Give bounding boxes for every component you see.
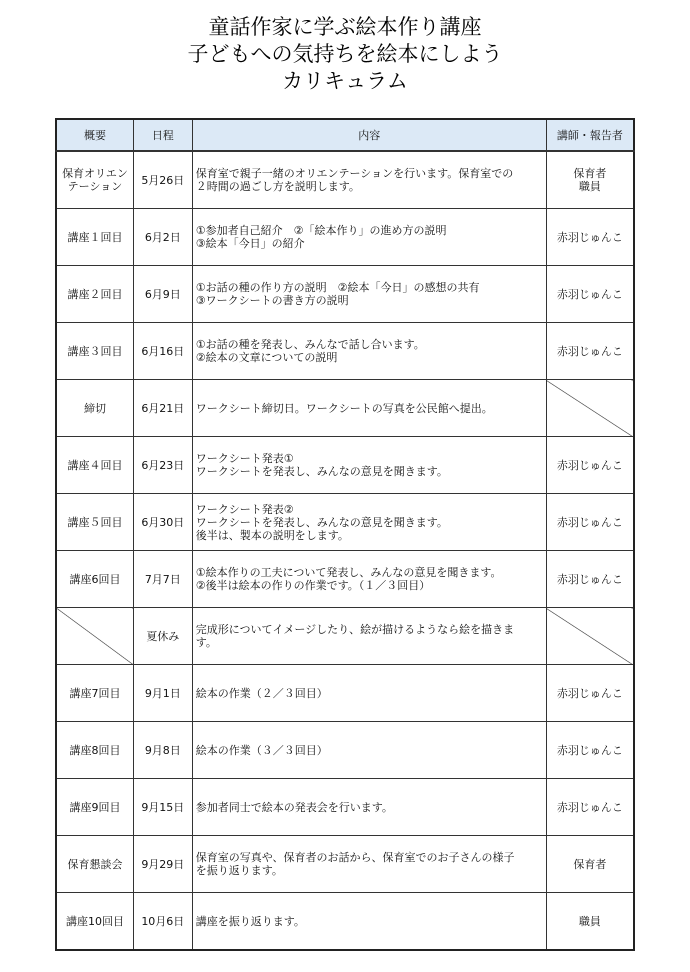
cell-content: ワークシート発表① ワークシートを発表し、みんなの意見を聞きます。 — [192, 437, 546, 494]
curriculum-table: 概要 日程 内容 講師・報告者 保育オリエン テーション 5月26日 保育室で親… — [55, 118, 635, 951]
cell-date: 6月23日 — [133, 437, 192, 494]
cell-summary: 締切 — [56, 380, 133, 437]
cell-date: 6月21日 — [133, 380, 192, 437]
cell-summary: 講座５回目 — [56, 494, 133, 551]
cell-date: 夏休み — [133, 608, 192, 665]
cell-date: 9月29日 — [133, 836, 192, 893]
table-row: 講座9回目 9月15日 参加者同士で絵本の発表会を行います。 赤羽じゅんこ — [56, 779, 634, 836]
cell-instructor: 赤羽じゅんこ — [546, 437, 634, 494]
table-row: 講座３回目 6月16日 ①お話の種を発表し、みんなで話し合います。 ②絵本の文章… — [56, 323, 634, 380]
cell-content: 講座を振り返ります。 — [192, 893, 546, 951]
cell-instructor: 保育者 職員 — [546, 151, 634, 209]
cell-date: 6月2日 — [133, 209, 192, 266]
header-date: 日程 — [133, 119, 192, 151]
header-summary: 概要 — [56, 119, 133, 151]
cell-date: 7月7日 — [133, 551, 192, 608]
title-line-1: 童話作家に学ぶ絵本作り講座 — [0, 14, 690, 41]
cell-instructor: 赤羽じゅんこ — [546, 209, 634, 266]
table-row: 講座５回目 6月30日 ワークシート発表② ワークシートを発表し、みんなの意見を… — [56, 494, 634, 551]
cell-instructor: 赤羽じゅんこ — [546, 266, 634, 323]
table-row: 講座２回目 6月9日 ①お話の種の作り方の説明 ②絵本「今日」の感想の共有 ③ワ… — [56, 266, 634, 323]
cell-instructor: 赤羽じゅんこ — [546, 494, 634, 551]
cell-date: 6月16日 — [133, 323, 192, 380]
cell-summary-empty-slash — [56, 608, 133, 665]
cell-summary: 講座6回目 — [56, 551, 133, 608]
cell-content: ①参加者自己紹介 ②「絵本作り」の進め方の説明 ③絵本「今日」の紹介 — [192, 209, 546, 266]
cell-content: ワークシート締切日。ワークシートの写真を公民館へ提出。 — [192, 380, 546, 437]
cell-summary: 講座7回目 — [56, 665, 133, 722]
table-row: 夏休み 完成形についてイメージしたり、絵が描けるようなら絵を描きま す。 — [56, 608, 634, 665]
cell-content: ワークシート発表② ワークシートを発表し、みんなの意見を聞きます。 後半は、製本… — [192, 494, 546, 551]
cell-summary: 講座４回目 — [56, 437, 133, 494]
table-row: 講座6回目 7月7日 ①絵本作りの工夫について発表し、みんなの意見を聞きます。 … — [56, 551, 634, 608]
document-title: 童話作家に学ぶ絵本作り講座 子どもへの気持ちを絵本にしよう カリキュラム — [0, 14, 690, 95]
table-row: 講座8回目 9月8日 絵本の作業（３／３回目） 赤羽じゅんこ — [56, 722, 634, 779]
cell-date: 9月1日 — [133, 665, 192, 722]
cell-instructor-empty-slash — [546, 608, 634, 665]
title-line-2: 子どもへの気持ちを絵本にしよう — [0, 41, 690, 68]
cell-content: 絵本の作業（２／３回目） — [192, 665, 546, 722]
table-row: 講座7回目 9月1日 絵本の作業（２／３回目） 赤羽じゅんこ — [56, 665, 634, 722]
cell-content: ①お話の種の作り方の説明 ②絵本「今日」の感想の共有 ③ワークシートの書き方の説… — [192, 266, 546, 323]
table-row: 講座１回目 6月2日 ①参加者自己紹介 ②「絵本作り」の進め方の説明 ③絵本「今… — [56, 209, 634, 266]
cell-instructor: 赤羽じゅんこ — [546, 551, 634, 608]
cell-instructor: 赤羽じゅんこ — [546, 665, 634, 722]
table-row: 講座10回目 10月6日 講座を振り返ります。 職員 — [56, 893, 634, 951]
header-row: 概要 日程 内容 講師・報告者 — [56, 119, 634, 151]
header-content: 内容 — [192, 119, 546, 151]
cell-content: 参加者同士で絵本の発表会を行います。 — [192, 779, 546, 836]
table-row: 講座４回目 6月23日 ワークシート発表① ワークシートを発表し、みんなの意見を… — [56, 437, 634, 494]
cell-instructor: 職員 — [546, 893, 634, 951]
cell-content: 完成形についてイメージしたり、絵が描けるようなら絵を描きま す。 — [192, 608, 546, 665]
cell-content: 絵本の作業（３／３回目） — [192, 722, 546, 779]
cell-summary: 保育オリエン テーション — [56, 151, 133, 209]
cell-content: 保育室で親子一緒のオリエンテーションを行います。保育室での ２時間の過ごし方を説… — [192, 151, 546, 209]
table-row: 締切 6月21日 ワークシート締切日。ワークシートの写真を公民館へ提出。 — [56, 380, 634, 437]
cell-summary: 講座２回目 — [56, 266, 133, 323]
cell-content: 保育室の写真や、保育者のお話から、保育室でのお子さんの様子 を振り返ります。 — [192, 836, 546, 893]
cell-instructor: 赤羽じゅんこ — [546, 722, 634, 779]
cell-summary: 講座３回目 — [56, 323, 133, 380]
cell-instructor: 赤羽じゅんこ — [546, 779, 634, 836]
cell-date: 9月15日 — [133, 779, 192, 836]
cell-summary: 講座9回目 — [56, 779, 133, 836]
cell-date: 6月30日 — [133, 494, 192, 551]
cell-date: 6月9日 — [133, 266, 192, 323]
cell-date: 5月26日 — [133, 151, 192, 209]
cell-instructor-empty-slash — [546, 380, 634, 437]
cell-date: 9月8日 — [133, 722, 192, 779]
title-line-3: カリキュラム — [0, 68, 690, 95]
table-row: 保育オリエン テーション 5月26日 保育室で親子一緒のオリエンテーションを行い… — [56, 151, 634, 209]
cell-summary: 講座8回目 — [56, 722, 133, 779]
cell-content: ①絵本作りの工夫について発表し、みんなの意見を聞きます。 ②後半は絵本の作りの作… — [192, 551, 546, 608]
header-instructor: 講師・報告者 — [546, 119, 634, 151]
cell-summary: 講座10回目 — [56, 893, 133, 951]
cell-instructor: 保育者 — [546, 836, 634, 893]
table-row: 保育懇談会 9月29日 保育室の写真や、保育者のお話から、保育室でのお子さんの様… — [56, 836, 634, 893]
cell-date: 10月6日 — [133, 893, 192, 951]
cell-summary: 保育懇談会 — [56, 836, 133, 893]
cell-summary: 講座１回目 — [56, 209, 133, 266]
cell-content: ①お話の種を発表し、みんなで話し合います。 ②絵本の文章についての説明 — [192, 323, 546, 380]
cell-instructor: 赤羽じゅんこ — [546, 323, 634, 380]
